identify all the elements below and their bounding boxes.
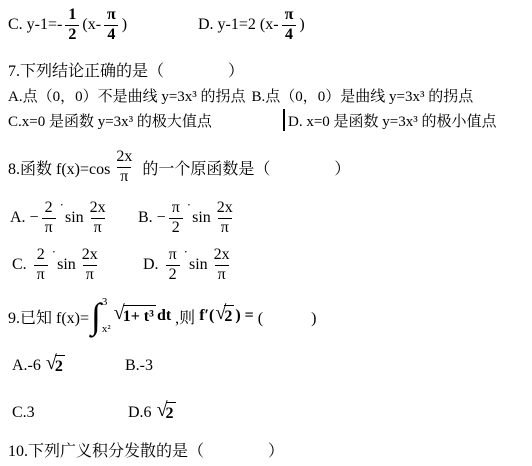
- fraction-numerator: π: [166, 246, 180, 264]
- fraction-numerator: π: [104, 6, 119, 24]
- question-10-text: 10.下列广义积分发散的是（ ）: [8, 438, 284, 461]
- fraction-denominator: 2: [166, 265, 180, 284]
- fraction-numerator: 2x: [211, 246, 233, 264]
- answer-blank: ( ): [258, 305, 317, 328]
- fraction-2x-over-pi: 2xπ: [79, 246, 101, 284]
- fraction-pi-over-4: π4: [104, 6, 119, 44]
- multiplication-dot: ·: [52, 241, 56, 258]
- multiplication-dot: ·: [184, 241, 188, 258]
- fraction-numerator: 2x: [214, 199, 236, 217]
- question-7-title: 7.下列结论正确的是（ ）: [8, 58, 244, 81]
- option-d-close: ): [299, 16, 304, 34]
- question-9-option-c: C.3: [12, 394, 35, 432]
- square-root-of-2: √2: [215, 305, 234, 326]
- integral-glyph: ∫: [91, 298, 101, 334]
- text-cursor: [283, 109, 285, 131]
- radicand: 2: [224, 305, 234, 326]
- option-c-text: C.x=0 是函数 y=3x³ 的极大值点: [8, 110, 212, 131]
- option-c-prefix: C. y-1=-: [8, 16, 62, 34]
- question-7-text: 7.下列结论正确的是（ ）: [8, 58, 244, 81]
- fraction-denominator: 2: [169, 218, 183, 237]
- fraction-numerator: 2: [42, 199, 56, 217]
- option-c-prefix: C.: [12, 256, 31, 274]
- question-9-option-b: B.-3: [125, 345, 153, 387]
- fraction-denominator: 4: [282, 25, 296, 44]
- fraction-numerator: π: [169, 199, 183, 217]
- fraction-2-over-pi: 2π: [34, 246, 48, 284]
- fraction-denominator: π: [34, 265, 48, 284]
- fraction-denominator: π: [91, 218, 105, 237]
- sin-function: sin: [57, 256, 76, 274]
- question-6-option-d: D. y-1=2 (x-π4): [198, 2, 305, 48]
- document-page[interactable]: C. y-1=-12(x-π4) D. y-1=2 (x-π4) 7.下列结论正…: [0, 0, 532, 466]
- option-a-text: A.点（0，0）不是曲线 y=3x³ 的拐点: [8, 85, 246, 106]
- option-b-text: B.-3: [125, 357, 153, 375]
- question-9-title: 9.已知 f(x)=∫3x²√1+ t³dt ,则 f′(√2) = ( ): [8, 293, 316, 339]
- option-d-prefix: D.: [143, 256, 163, 274]
- fraction-numerator: 2: [34, 246, 48, 264]
- option-a-prefix: A. −: [10, 209, 39, 227]
- question-7-option-c: C.x=0 是函数 y=3x³ 的极大值点: [8, 110, 212, 131]
- question-8-option-d: D. π2·sin2xπ: [143, 241, 236, 289]
- fraction-one-half: 12: [65, 6, 79, 44]
- fraction-2x-over-pi: 2xπ: [87, 199, 109, 237]
- option-d-prefix: D. y-1=2: [198, 16, 260, 34]
- square-root: √1+ t³: [114, 305, 156, 326]
- fraction-2-over-pi: 2π: [42, 199, 56, 237]
- fraction-denominator: 2: [65, 25, 79, 44]
- differential-dt: dt: [157, 307, 171, 325]
- radicand: 2: [55, 355, 65, 376]
- fraction-numerator: 2x: [79, 246, 101, 264]
- option-c-middle: (x-: [82, 16, 101, 34]
- fraction-numerator: 1: [65, 6, 79, 24]
- fraction-denominator: π: [215, 265, 229, 284]
- sin-function: sin: [189, 256, 208, 274]
- question-8-title: 8.函数 f(x)=cos2xπ 的一个原函数是（ ）: [8, 141, 350, 193]
- option-b-prefix: B. −: [138, 209, 166, 227]
- sin-function: sin: [65, 209, 84, 227]
- fraction-numerator: 2x: [113, 148, 135, 166]
- f-prime-open: f′(: [199, 307, 214, 325]
- fraction-2x-over-pi: 2xπ: [113, 148, 135, 186]
- f-prime-close: ) =: [235, 307, 257, 325]
- question-8-option-c: C. 2π·sin2xπ: [12, 241, 104, 289]
- question-7-options-ab: A.点（0，0）不是曲线 y=3x³ 的拐点B.点（0，0）是曲线 y=3x³ …: [8, 85, 473, 106]
- radicand: 1+ t³: [123, 305, 156, 326]
- option-b-text: B.点（0，0）是曲线 y=3x³ 的拐点: [252, 85, 474, 106]
- fraction-denominator: π: [42, 218, 56, 237]
- fraction-2x-over-pi: 2xπ: [211, 246, 233, 284]
- option-d-prefix: D.6: [128, 404, 156, 422]
- fraction-denominator: π: [218, 218, 232, 237]
- option-a-prefix: A.-6: [12, 357, 45, 375]
- fraction-pi-over-2: π2: [166, 246, 180, 284]
- question-8-prefix: 8.函数 f(x)=cos: [8, 156, 110, 179]
- fraction-denominator: π: [117, 167, 131, 186]
- question-9-middle: ,则: [171, 305, 199, 328]
- option-d-middle: (x-: [260, 16, 279, 34]
- question-8-option-a: A. −2π·sin2xπ: [10, 194, 112, 242]
- question-9-option-d: D.6 √2: [128, 394, 177, 432]
- fraction-numerator: 2x: [87, 199, 109, 217]
- question-8-option-b: B. −π2·sin2xπ: [138, 194, 239, 242]
- option-c-close: ): [122, 16, 127, 34]
- fraction-2x-over-pi: 2xπ: [214, 199, 236, 237]
- question-9-option-a: A.-6 √2: [12, 345, 66, 387]
- integral-limits: 3x²: [102, 297, 111, 335]
- fraction-numerator: π: [282, 6, 297, 24]
- multiplication-dot: ·: [187, 194, 191, 211]
- fraction-denominator: π: [83, 265, 97, 284]
- question-10-title: 10.下列广义积分发散的是（ ）: [8, 438, 284, 461]
- question-9-prefix: 9.已知 f(x)=: [8, 305, 89, 328]
- integral-lower-limit: x²: [102, 324, 111, 335]
- fraction-denominator: 4: [104, 25, 118, 44]
- question-7-option-d: D. x=0 是函数 y=3x³ 的极小值点: [283, 108, 497, 132]
- question-6-option-c: C. y-1=-12(x-π4): [8, 2, 127, 48]
- option-d-text: D. x=0 是函数 y=3x³ 的极小值点: [288, 110, 497, 131]
- integral-upper-limit: 3: [102, 297, 111, 308]
- square-root-of-2: √2: [157, 402, 176, 423]
- fraction-pi-over-2: π2: [169, 199, 183, 237]
- radicand: 2: [166, 402, 176, 423]
- square-root-of-2: √2: [46, 355, 65, 376]
- multiplication-dot: ·: [60, 194, 64, 211]
- sin-function: sin: [192, 209, 211, 227]
- question-8-suffix: 的一个原函数是（ ）: [138, 156, 350, 179]
- fraction-pi-over-4: π4: [282, 6, 297, 44]
- integral-sign: ∫3x²: [91, 297, 111, 335]
- option-c-text: C.3: [12, 404, 35, 422]
